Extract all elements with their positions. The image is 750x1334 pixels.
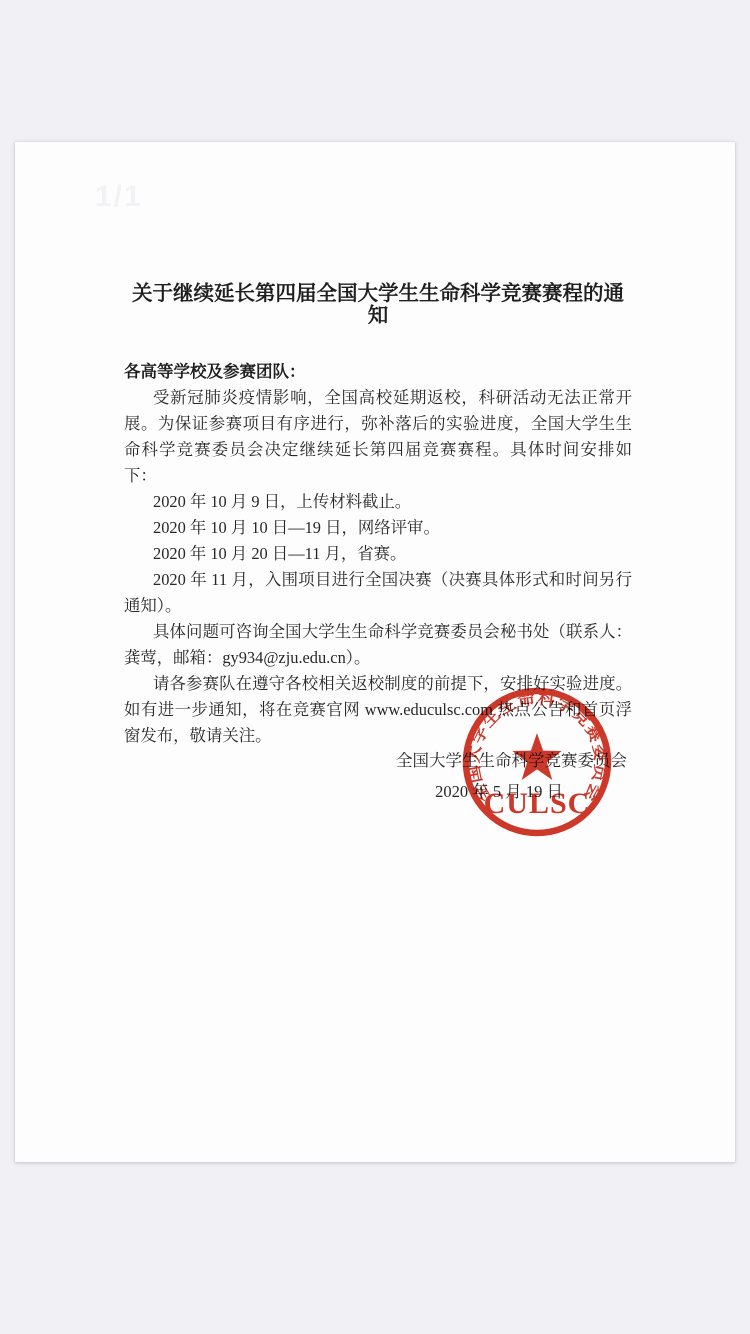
salutation: 各高等学校及参赛团队： bbox=[124, 359, 632, 385]
document-page: 1/1 关于继续延长第四届全国大学生生命科学竞赛赛程的通知 各高等学校及参赛团队… bbox=[15, 142, 735, 1162]
schedule-item-national-final: 2020 年 11 月，入围项目进行全国决赛（决赛具体形式和时间另行通知）。 bbox=[124, 567, 632, 619]
schedule-item-online-review: 2020 年 10 月 10 日—19 日，网络评审。 bbox=[124, 515, 632, 541]
schedule-item-upload-deadline: 2020 年 10 月 9 日，上传材料截止。 bbox=[124, 489, 632, 515]
paragraph-contact: 具体问题可咨询全国大学生生命科学竞赛委员会秘书处（联系人：龚莺，邮箱：gy934… bbox=[124, 619, 632, 671]
star-icon bbox=[512, 733, 561, 780]
schedule-item-provincial: 2020 年 10 月 20 日—11 月，省赛。 bbox=[124, 541, 632, 567]
document-title: 关于继续延长第四届全国大学生生命科学竞赛赛程的通知 bbox=[124, 283, 632, 327]
document-content: 关于继续延长第四届全国大学生生命科学竞赛赛程的通知 各高等学校及参赛团队： 受新… bbox=[124, 142, 632, 749]
official-seal: 全国大学生生命科学竞赛委员会 CULSC bbox=[462, 687, 612, 837]
official-seal-graphic: 全国大学生生命科学竞赛委员会 CULSC bbox=[462, 687, 612, 837]
seal-bottom-text: CULSC bbox=[484, 787, 591, 820]
paragraph-intro: 受新冠肺炎疫情影响，全国高校延期返校，科研活动无法正常开展。为保证参赛项目有序进… bbox=[124, 385, 632, 489]
